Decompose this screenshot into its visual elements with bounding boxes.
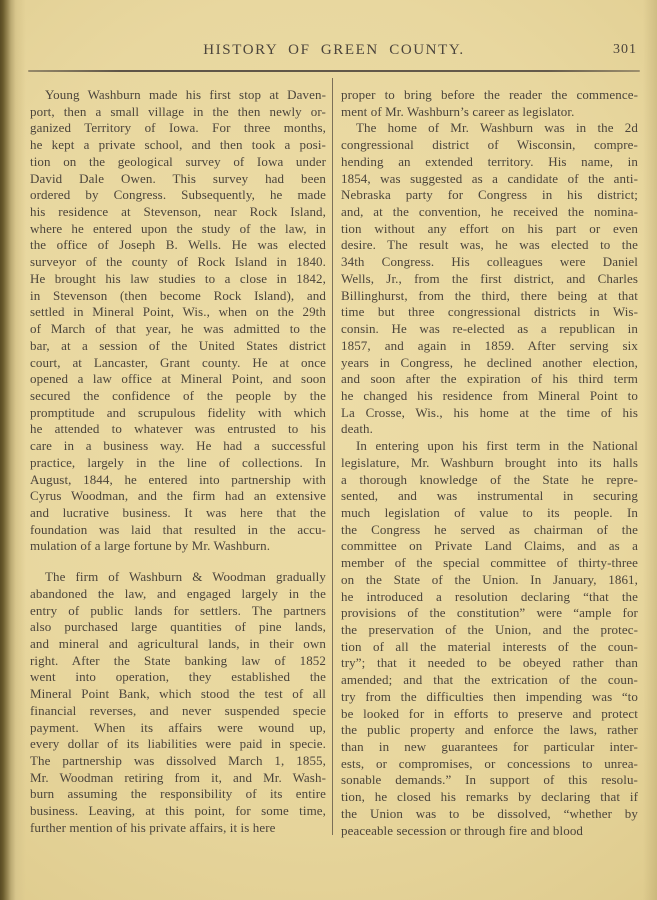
text-line: committee on Private Land Claims, and as… [341, 538, 638, 555]
text-line: and, at the convention, he received the … [341, 204, 638, 221]
text-line: surveyor of the county of Rock Island in… [30, 254, 326, 271]
text-line: years in Congress, he declined another e… [341, 355, 638, 372]
text-line: congressional district of Wisconsin, com… [341, 137, 638, 154]
text-line: provisions of the constitution” were “am… [341, 605, 638, 622]
text-line: payment. When its affairs were wound up, [30, 720, 326, 737]
text-line: Nebraska party for Congress in his distr… [341, 187, 638, 204]
text-line: secured the confidence of the people by … [30, 388, 326, 405]
text-line: sented, and was instrumental in securing [341, 488, 638, 505]
text-line: foundation was laid that resulted in the… [30, 522, 326, 539]
text-line: and lucrative business. It was here that… [30, 505, 326, 522]
text-line: promptitude and scrupulous fidelity with… [30, 405, 326, 422]
text-line: abandoned the law, and engaged largely i… [30, 586, 326, 603]
text-line: tion on the geological survey of Iowa un… [30, 154, 326, 171]
page-edge-shade [643, 0, 657, 900]
text-line: burn assuming the responsibility of its … [30, 786, 326, 803]
text-line: port, then a small village in the then n… [30, 104, 326, 121]
text-line: hending an extended territory. His name,… [341, 154, 638, 171]
text-line: consin. He was re-elected as a republica… [341, 321, 638, 338]
text-line: be looked for in efforts to preserve and… [341, 706, 638, 723]
text-line: of March of that year, he was admitted t… [30, 321, 326, 338]
text-line: Wells, Jr., from the first district, and… [341, 271, 638, 288]
text-line: tion, he closed his remarks by declaring… [341, 789, 638, 806]
page-number: 301 [613, 42, 637, 58]
text-line: he changed his residence from Mineral Po… [341, 388, 638, 405]
text-line: where he entered upon the study of the l… [30, 221, 326, 238]
text-line: Mineral Point Bank, which stood the test… [30, 686, 326, 703]
text-line: entry of public lands for settlers. The … [30, 603, 326, 620]
text-line: went into operation, they established th… [30, 669, 326, 686]
text-line: desire. The result was, he was elected t… [341, 237, 638, 254]
text-line: Cyrus Woodman, and the firm had an exten… [30, 488, 326, 505]
text-line: August, 1844, he entered into partnershi… [30, 472, 326, 489]
text-line: ganized Territory of Iowa. For three mon… [30, 120, 326, 137]
text-line: bar, at a session of the United States d… [30, 338, 326, 355]
text-line: proper to bring before the reader the co… [341, 87, 638, 104]
text-line: he attended to whatever was entrusted to… [30, 421, 326, 438]
text-line: Mr. Woodman retiring from it, and Mr. Wa… [30, 770, 326, 787]
text-line: and mineral and agricultural lands, in t… [30, 636, 326, 653]
text-line: member of the special committee of thirt… [341, 555, 638, 572]
text-line: ment of Mr. Washburn’s career as legisla… [341, 104, 638, 121]
text-line: care in a business way. He had a success… [30, 438, 326, 455]
text-line: the preservation of the Union, and the p… [341, 622, 638, 639]
text-line: practice, largely in the line of collect… [30, 455, 326, 472]
book-page: HISTORY OF GREEN COUNTY. 301 Young Washb… [0, 0, 657, 900]
text-line: try”; that it needed to be obeyed rather… [341, 655, 638, 672]
paragraph: The home of Mr. Washburn was in the 2dco… [341, 120, 638, 438]
text-line: the Congress he served as chairman of th… [341, 522, 638, 539]
text-line: he introduced a resolution declaring “th… [341, 589, 638, 606]
text-line: every dollar of its liabilities were pai… [30, 736, 326, 753]
binding-shadow [0, 0, 26, 900]
text-line: amended; and that the extrication of the… [341, 672, 638, 689]
header-rule [28, 70, 640, 72]
text-line: he kept a private school, and then took … [30, 137, 326, 154]
text-line: Billinghurst, from the third, there bein… [341, 288, 638, 305]
running-title: HISTORY OF GREEN COUNTY. [203, 42, 464, 58]
left-column: Young Washburn made his first stop at Da… [30, 87, 326, 837]
paragraph: In entering upon his first term in the N… [341, 438, 638, 839]
text-line: The home of Mr. Washburn was in the 2d [341, 120, 638, 137]
paragraph: proper to bring before the reader the co… [341, 87, 638, 120]
text-line: and soon after the expiration of his thi… [341, 371, 638, 388]
text-line: David Dale Owen. This survey had been [30, 171, 326, 188]
text-line: the public property and enforce the laws… [341, 722, 638, 739]
text-line: legislature, Mr. Washburn brought into i… [341, 455, 638, 472]
text-line: on the State of the Union. In January, 1… [341, 572, 638, 589]
paragraph: The firm of Washburn & Woodman gradually… [30, 569, 326, 837]
text-line: tion without any effort on his part or e… [341, 221, 638, 238]
text-line: 1857, and again in 1859. After serving s… [341, 338, 638, 355]
text-line: also purchased large quantities of pine … [30, 619, 326, 636]
text-line: Young Washburn made his first stop at Da… [30, 87, 326, 104]
text-line: tion of all the material interests of th… [341, 639, 638, 656]
text-line: 1854, was suggested as a candidate of th… [341, 171, 638, 188]
right-column: proper to bring before the reader the co… [341, 87, 638, 839]
text-line: court, at Lancaster, Grant county. He at… [30, 355, 326, 372]
text-line: business. Leaving, at this point, for so… [30, 803, 326, 820]
text-line: La Crosse, Wis., his home at the time of… [341, 405, 638, 422]
text-line: The firm of Washburn & Woodman gradually [30, 569, 326, 586]
text-line: in Stevenson (then become Rock Island), … [30, 288, 326, 305]
text-line: The partnership was dissolved March 1, 1… [30, 753, 326, 770]
text-line: his residence at Stevenson, near Rock Is… [30, 204, 326, 221]
text-line: a thorough knowledge of the State he rep… [341, 472, 638, 489]
text-line: opened a law office at Mineral Point, an… [30, 371, 326, 388]
paragraph: Young Washburn made his first stop at Da… [30, 87, 326, 555]
text-line: peaceable secession or through fire and … [341, 823, 638, 840]
text-line: much legislation of value to its people.… [341, 505, 638, 522]
text-line: further mention of his private affairs, … [30, 820, 326, 837]
page-header: HISTORY OF GREEN COUNTY. 301 [28, 41, 640, 61]
text-line: settled in Mineral Point, Wis., when on … [30, 304, 326, 321]
text-line: try from the difficulties then impending… [341, 689, 638, 706]
text-line: death. [341, 421, 638, 438]
text-line: ordered by Congress. Subsequently, he ma… [30, 187, 326, 204]
text-line: the office of Joseph B. Wells. He was el… [30, 237, 326, 254]
text-line: mulation of a large fortune by Mr. Washb… [30, 538, 326, 555]
text-line: ests, or compromises, or concessions to … [341, 756, 638, 773]
text-line: sonable demands.” In support of this res… [341, 772, 638, 789]
text-line: right. After the State banking law of 18… [30, 653, 326, 670]
text-line: the Union was to be dissolved, “whether … [341, 806, 638, 823]
text-line: In entering upon his first term in the N… [341, 438, 638, 455]
text-line: 34th Congress. His colleagues were Danie… [341, 254, 638, 271]
column-divider [332, 78, 333, 835]
text-line: than in new guarantees for particular in… [341, 739, 638, 756]
text-line: financial reverses, and never suspended … [30, 703, 326, 720]
text-line: time but three congressional districts i… [341, 304, 638, 321]
text-line: He brought his law studies to a close in… [30, 271, 326, 288]
